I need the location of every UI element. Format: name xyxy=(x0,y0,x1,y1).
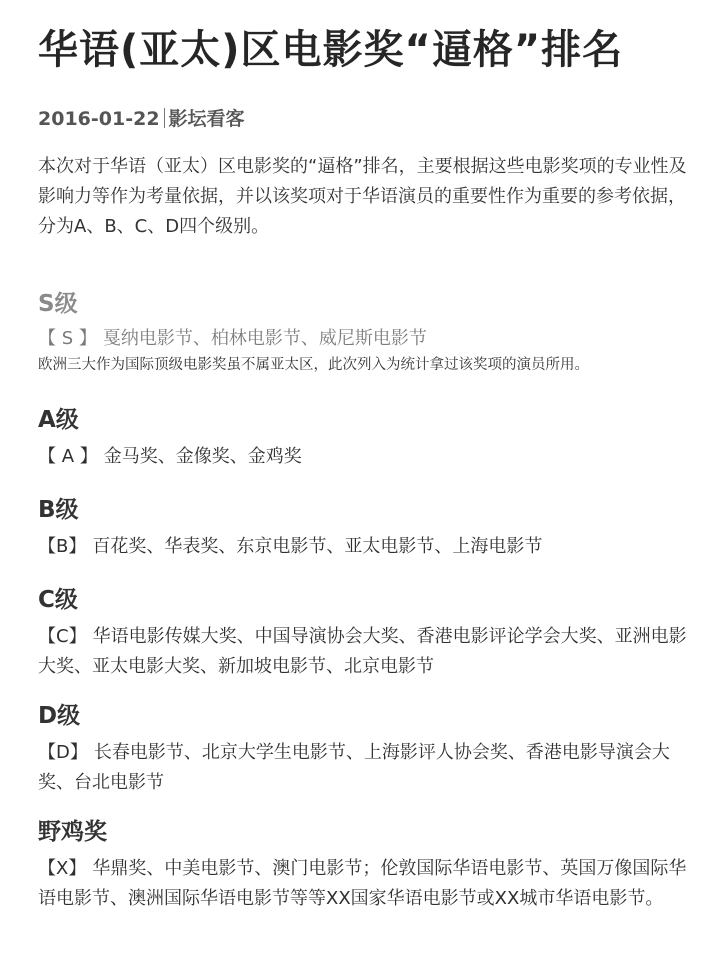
section-body: 【D】长春电影节、北京大学生电影节、上海影评人协会奖、香港电影导演会大奖、台北电… xyxy=(38,738,698,798)
section-body: 【X】华鼎奖、中美电影节、澳门电影节；伦敦国际华语电影节、英国万像国际华语电影节… xyxy=(38,854,698,914)
article-meta: 2016-01-22影坛看客 xyxy=(38,104,245,131)
section-c-level: C级 【C】华语电影传媒大奖、中国导演协会大奖、香港电影评论学会大奖、亚洲电影大… xyxy=(38,584,698,682)
section-s-level: S级 【 S 】戛纳电影节、柏林电影节、威尼斯电影节 欧洲三大作为国际顶级电影奖… xyxy=(38,288,698,376)
section-tag: 【C】 xyxy=(38,626,87,647)
article-intro: 本次对于华语（亚太）区电影奖的“逼格”排名，主要根据这些电影奖项的专业性及影响力… xyxy=(38,152,698,242)
section-items: 长春电影节、北京大学生电影节、上海影评人协会奖、香港电影导演会大奖、台北电影节 xyxy=(38,742,670,793)
article-source: 影坛看客 xyxy=(169,108,245,130)
section-tag: 【B】 xyxy=(38,536,86,557)
section-tag: 【X】 xyxy=(38,858,86,879)
section-heading: A级 xyxy=(38,404,698,436)
section-heading: C级 xyxy=(38,584,698,616)
section-d-level: D级 【D】长春电影节、北京大学生电影节、上海影评人协会奖、香港电影导演会大奖、… xyxy=(38,700,698,798)
divider xyxy=(164,108,165,128)
section-body: 【B】百花奖、华表奖、东京电影节、亚太电影节、上海电影节 xyxy=(38,532,698,562)
article-title: 华语(亚太)区电影奖“逼格”排名 xyxy=(38,22,623,78)
section-items: 戛纳电影节、柏林电影节、威尼斯电影节 xyxy=(103,328,427,349)
section-items: 百花奖、华表奖、东京电影节、亚太电影节、上海电影节 xyxy=(92,536,542,557)
section-heading: S级 xyxy=(38,288,698,320)
section-note: 欧洲三大作为国际顶级电影奖虽不属亚太区，此次列入为统计拿过该奖项的演员所用。 xyxy=(38,354,698,376)
section-body: 【 S 】戛纳电影节、柏林电影节、威尼斯电影节 xyxy=(38,324,698,354)
section-tag: 【 S 】 xyxy=(38,328,97,349)
section-x-level: 野鸡奖 【X】华鼎奖、中美电影节、澳门电影节；伦敦国际华语电影节、英国万像国际华… xyxy=(38,816,698,914)
section-heading: 野鸡奖 xyxy=(38,816,698,848)
section-items: 华语电影传媒大奖、中国导演协会大奖、香港电影评论学会大奖、亚洲电影大奖、亚太电影… xyxy=(38,626,687,677)
section-b-level: B级 【B】百花奖、华表奖、东京电影节、亚太电影节、上海电影节 xyxy=(38,494,698,562)
section-a-level: A级 【 A 】金马奖、金像奖、金鸡奖 xyxy=(38,404,698,472)
section-heading: B级 xyxy=(38,494,698,526)
section-tag: 【 A 】 xyxy=(38,446,98,467)
section-tag: 【D】 xyxy=(38,742,88,763)
section-items: 金马奖、金像奖、金鸡奖 xyxy=(104,446,302,467)
section-items: 华鼎奖、中美电影节、澳门电影节；伦敦国际华语电影节、英国万像国际华语电影节、澳洲… xyxy=(38,858,686,909)
section-body: 【C】华语电影传媒大奖、中国导演协会大奖、香港电影评论学会大奖、亚洲电影大奖、亚… xyxy=(38,622,698,682)
section-body: 【 A 】金马奖、金像奖、金鸡奖 xyxy=(38,442,698,472)
section-heading: D级 xyxy=(38,700,698,732)
article-date: 2016-01-22 xyxy=(38,108,160,130)
